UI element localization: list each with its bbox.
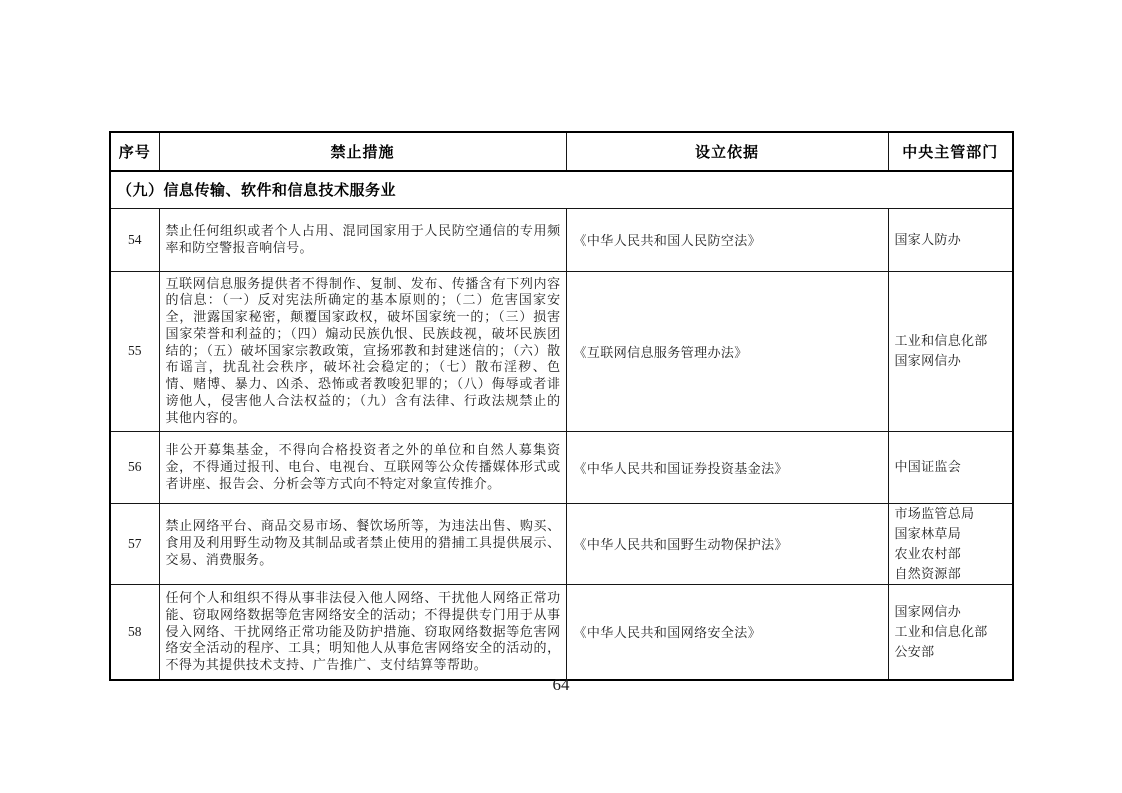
- table-row: 58 任何个人和组织不得从事非法侵入他人网络、干扰他人网络正常功能、窃取网络数据…: [110, 584, 1013, 680]
- row-number: 54: [110, 208, 159, 271]
- basis-text: 《中华人民共和国人民防空法》: [566, 208, 888, 271]
- department-list: 市场监管总局国家林草局农业农村部自然资源部: [888, 503, 1013, 584]
- basis-text: 《互联网信息服务管理办法》: [566, 271, 888, 431]
- row-number: 58: [110, 584, 159, 680]
- header-measure: 禁止措施: [159, 132, 566, 171]
- table-row: 55 互联网信息服务提供者不得制作、复制、发布、传播含有下列内容的信息：（一）反…: [110, 271, 1013, 431]
- page-number: 64: [0, 675, 1122, 695]
- department-list: 工业和信息化部国家网信办: [888, 271, 1013, 431]
- department-list: 国家人防办: [888, 208, 1013, 271]
- section-title: （九）信息传输、软件和信息技术服务业: [110, 171, 1013, 208]
- basis-text: 《中华人民共和国证券投资基金法》: [566, 431, 888, 503]
- row-number: 57: [110, 503, 159, 584]
- basis-text: 《中华人民共和国野生动物保护法》: [566, 503, 888, 584]
- basis-text: 《中华人民共和国网络安全法》: [566, 584, 888, 680]
- measure-text: 禁止网络平台、商品交易市场、餐饮场所等，为违法出售、购买、食用及利用野生动物及其…: [159, 503, 566, 584]
- measure-text: 非公开募集基金，不得向合格投资者之外的单位和自然人募集资金，不得通过报刊、电台、…: [159, 431, 566, 503]
- header-department: 中央主管部门: [888, 132, 1013, 171]
- header-id: 序号: [110, 132, 159, 171]
- table-row: 57 禁止网络平台、商品交易市场、餐饮场所等，为违法出售、购买、食用及利用野生动…: [110, 503, 1013, 584]
- table-row: 56 非公开募集基金，不得向合格投资者之外的单位和自然人募集资金，不得通过报刊、…: [110, 431, 1013, 503]
- row-number: 56: [110, 431, 159, 503]
- header-basis: 设立依据: [566, 132, 888, 171]
- table-header-row: 序号 禁止措施 设立依据 中央主管部门: [110, 132, 1013, 171]
- measure-text: 互联网信息服务提供者不得制作、复制、发布、传播含有下列内容的信息：（一）反对宪法…: [159, 271, 566, 431]
- measure-text: 禁止任何组织或者个人占用、混同国家用于人民防空通信的专用频率和防空警报音响信号。: [159, 208, 566, 271]
- department-list: 中国证监会: [888, 431, 1013, 503]
- department-list: 国家网信办工业和信息化部公安部: [888, 584, 1013, 680]
- section-row: （九）信息传输、软件和信息技术服务业: [110, 171, 1013, 208]
- document-page: 序号 禁止措施 设立依据 中央主管部门 （九）信息传输、软件和信息技术服务业 5…: [0, 0, 1122, 793]
- measure-text: 任何个人和组织不得从事非法侵入他人网络、干扰他人网络正常功能、窃取网络数据等危害…: [159, 584, 566, 680]
- row-number: 55: [110, 271, 159, 431]
- prohibition-table: 序号 禁止措施 设立依据 中央主管部门 （九）信息传输、软件和信息技术服务业 5…: [109, 131, 1014, 681]
- table-row: 54 禁止任何组织或者个人占用、混同国家用于人民防空通信的专用频率和防空警报音响…: [110, 208, 1013, 271]
